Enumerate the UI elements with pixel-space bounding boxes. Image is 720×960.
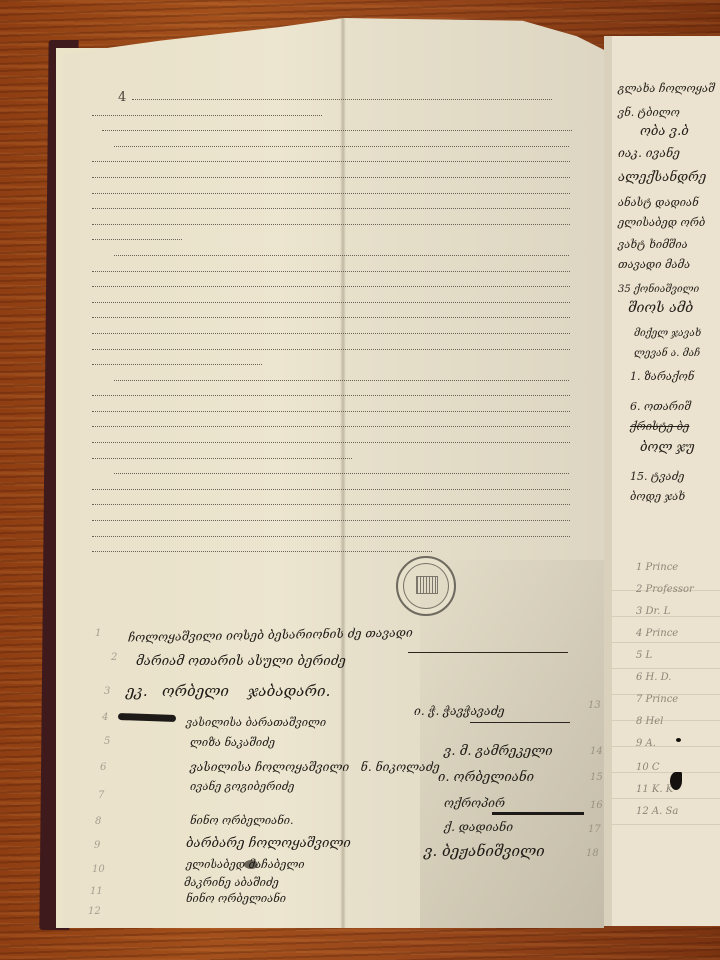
page-edge — [604, 36, 612, 926]
list-item: 4 Prince — [636, 628, 678, 639]
signature: ქ. დადიანი — [444, 820, 513, 834]
text-line — [92, 104, 592, 120]
ink-stroke — [492, 812, 584, 815]
ink-blot — [244, 860, 258, 869]
handwritten-line: ვახტ ხიმშია — [618, 238, 688, 251]
row-number: 16 — [590, 800, 603, 811]
list-item: 9 A. — [636, 738, 656, 749]
text-line — [92, 509, 592, 525]
text-line — [92, 369, 592, 385]
text-line — [92, 493, 592, 509]
row-number: 5 — [104, 736, 110, 747]
text-line — [92, 213, 592, 229]
list-item: 1 Prince — [636, 562, 678, 573]
handwritten-line: ბოლ ჯუ — [640, 440, 695, 455]
text-line — [92, 478, 592, 494]
text-line — [92, 166, 592, 182]
ruled-line — [607, 720, 720, 721]
text-line — [92, 260, 592, 276]
text-line — [92, 135, 592, 151]
text-line — [92, 431, 592, 447]
text-line — [92, 322, 592, 338]
text-line — [92, 197, 592, 213]
text-line — [92, 400, 592, 416]
handwritten-line: ბოდე ჯახ — [630, 490, 685, 503]
text-line — [92, 228, 592, 244]
signature: მარიამ ოთარის ასული ბერიძე — [136, 654, 346, 669]
text-line — [92, 447, 592, 463]
handwritten-line: ანასტ დადიან — [618, 196, 699, 209]
list-item: 7 Prince — [636, 694, 678, 705]
signature: ივანე გოგიბერიძე — [190, 780, 294, 793]
handwritten-line: 1. ზარაქონ — [630, 370, 694, 383]
row-number: 8 — [95, 816, 101, 827]
row-number: 10 — [92, 864, 105, 875]
text-line — [92, 353, 592, 369]
text-line — [92, 462, 592, 478]
handwritten-line: მიქელ ჯავახ — [634, 328, 701, 339]
text-line — [92, 244, 592, 260]
text-line — [92, 88, 592, 104]
handwritten-line: 35 ქონიაშვილი — [618, 284, 699, 295]
signature: მაკრინე აბაშიძე — [184, 876, 279, 889]
stamp-building-icon — [416, 576, 438, 594]
list-item: 12 A. Sa — [636, 806, 678, 817]
signature-underline — [470, 722, 570, 723]
row-number: 13 — [588, 700, 601, 711]
handwritten-line: 15. ტვაძე — [630, 470, 684, 483]
ruled-line — [607, 798, 720, 799]
text-line — [92, 182, 592, 198]
text-line — [92, 306, 592, 322]
signature: ნინო ორბელიანი — [186, 892, 286, 905]
signature: ლიზა ნაკაშიძე — [190, 736, 275, 749]
struck-line: ქრისტე ბე — [630, 420, 689, 433]
signature: ბარბარე ჩოლოყაშვილი — [186, 836, 351, 851]
handwritten-line: ლევან ა. მაჩ — [634, 348, 700, 359]
row-number: 7 — [98, 790, 104, 801]
list-item: 10 C — [636, 762, 660, 773]
row-number: 15 — [590, 772, 603, 783]
list-item: 8 Hel — [636, 716, 663, 727]
handwritten-line: გლახა ჩოლოყაშ — [618, 82, 715, 95]
text-line — [92, 291, 592, 307]
row-number: 1 — [95, 628, 101, 639]
row-number: 6 — [100, 762, 106, 773]
row-number: 14 — [590, 746, 603, 757]
signature: ვ. ბეჟანიშვილი — [424, 842, 545, 860]
signature: ეკ. ორბელი ჯაბადარი. — [126, 682, 330, 700]
text-line — [92, 525, 592, 541]
handwritten-line: იაკ. ივანე — [618, 146, 680, 160]
handwritten-line: 6. ოთარიშ — [630, 400, 691, 413]
signature: ი. ჭ. ჭავჭავაძე — [414, 704, 505, 718]
signature: ვასილისა ჩოლოყაშვილი ნ. ნიკოლაძე — [190, 760, 440, 774]
ruled-line — [607, 746, 720, 747]
row-number: 11 — [90, 886, 103, 897]
row-number: 4 — [102, 712, 108, 723]
ink-blot — [676, 738, 681, 742]
printed-text-block — [92, 88, 592, 556]
text-line — [92, 150, 592, 166]
signature: ვასილისა ბარათაშვილი — [186, 716, 326, 729]
handwritten-line: ობა ვ.ბ — [640, 124, 689, 139]
signature-underline — [408, 652, 568, 653]
list-item: 6 H. D. — [636, 672, 671, 683]
row-number: 3 — [104, 686, 110, 697]
signature: ვ. მ. გამრეკელი — [444, 744, 553, 759]
text-line — [92, 540, 592, 556]
signature: ნინო ორბელიანი. — [190, 814, 294, 827]
ruled-line — [607, 642, 720, 643]
row-number: 18 — [586, 848, 599, 859]
text-line — [92, 119, 592, 135]
row-number: 17 — [588, 824, 601, 835]
list-item: 11 K. K — [636, 784, 673, 795]
row-number: 12 — [88, 906, 101, 917]
row-number: 9 — [94, 840, 100, 851]
library-stamp — [396, 556, 456, 616]
ink-blot — [670, 772, 682, 790]
handwritten-line: ალექსანდრე — [618, 170, 706, 185]
handwritten-line: შიოს ამბ — [628, 300, 693, 316]
handwritten-line: თავადი მამა — [618, 258, 690, 271]
ruled-line — [607, 668, 720, 669]
signature: ი. ორბელიანი — [438, 770, 534, 785]
text-line — [92, 275, 592, 291]
ruled-line — [607, 772, 720, 773]
text-line — [92, 415, 592, 431]
ruled-line — [607, 824, 720, 825]
handwritten-line: ელისაბედ ორბ — [618, 216, 705, 229]
list-item: 5 L — [636, 650, 652, 661]
row-number: 2 — [111, 652, 117, 663]
list-item: 3 Dr. L — [636, 606, 670, 617]
list-item: 2 Professor — [636, 584, 694, 595]
text-line — [92, 338, 592, 354]
signature: ოქროპირ — [444, 796, 505, 810]
text-line — [92, 384, 592, 400]
handwritten-line: ვნ. ტბილო — [618, 106, 680, 119]
